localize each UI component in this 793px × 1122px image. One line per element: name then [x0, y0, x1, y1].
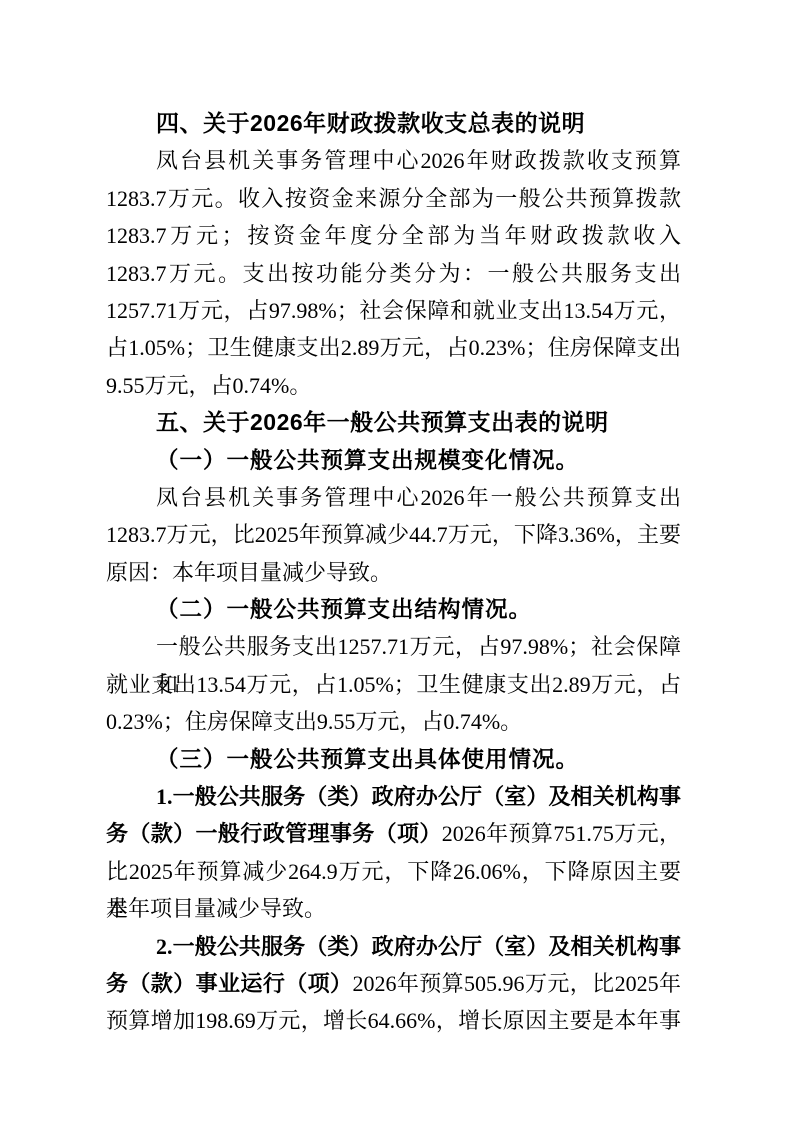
para-scale-line-1: 凤台县机关事务管理中心2026年一般公共预算支出	[106, 479, 681, 516]
para-scale-line-3: 原因：本年项目量减少导致。	[106, 554, 681, 591]
para-item-1-line-3: 比2025年预算减少264.9万元，下降26.06%，下降原因主要是	[106, 853, 681, 890]
doc-text-segment: 务（款）事业运行（项）	[106, 971, 352, 996]
doc-text-segment: 四、关于2026年财政拨款收支总表的说明	[156, 110, 585, 136]
doc-text-segment: 1283.7万元，比2025年预算减少44.7万元，下降3.36%，主要	[106, 522, 681, 547]
para-structure-line-1: 一般公共服务支出1257.71万元，占97.98%；社会保障和	[106, 628, 681, 665]
para-appropriation-line-3: 1283.7万元；按资金年度分全部为当年财政拨款收入	[106, 217, 681, 254]
doc-text-segment: 五、关于2026年一般公共预算支出表的说明	[156, 409, 609, 435]
doc-text-segment: 凤台县机关事务管理中心2026年财政拨款收支预算	[156, 148, 681, 173]
para-appropriation-line-5: 1257.71万元，占97.98%；社会保障和就业支出13.54万元，	[106, 292, 681, 329]
para-item-1-line-1: 1.一般公共服务（类）政府办公厅（室）及相关机构事	[106, 778, 681, 815]
doc-text-segment: 预算增加198.69万元，增长64.66%，增长原因主要是本年事	[106, 1008, 681, 1033]
doc-text-segment: 9.55万元，占0.74%。	[106, 373, 311, 398]
para-appropriation-line-2: 1283.7万元。收入按资金来源分全部为一般公共预算拨款	[106, 180, 681, 217]
para-item-1-line-4: 本年项目量减少导致。	[106, 890, 681, 927]
para-item-2-line-3: 预算增加198.69万元，增长64.66%，增长原因主要是本年事	[106, 1002, 681, 1039]
para-item-1-line-2: 务（款）一般行政管理事务（项）2026年预算751.75万元，	[106, 815, 681, 852]
doc-text-segment: 1257.71万元，占97.98%；社会保障和就业支出13.54万元，	[106, 298, 681, 323]
doc-text-segment: 1.一般公共服务（类）政府办公厅（室）及相关机构事	[156, 784, 681, 809]
subsection-2-heading: （二）一般公共预算支出结构情况。	[106, 591, 681, 628]
doc-text-segment: 0.23%；住房保障支出9.55万元，占0.74%。	[106, 709, 522, 734]
para-item-2-line-1: 2.一般公共服务（类）政府办公厅（室）及相关机构事	[106, 928, 681, 965]
doc-text-segment: （三）一般公共预算支出具体使用情况。	[156, 747, 579, 772]
doc-text-segment: 占1.05%；卫生健康支出2.89万元，占0.23%；住房保障支出	[106, 335, 681, 360]
para-item-2-line-2: 务（款）事业运行（项）2026年预算505.96万元，比2025年	[106, 965, 681, 1002]
doc-text-segment: 1283.7万元；按资金年度分全部为当年财政拨款收入	[106, 223, 681, 248]
doc-text-segment: （二）一般公共预算支出结构情况。	[156, 597, 532, 622]
doc-text-segment: 凤台县机关事务管理中心2026年一般公共预算支出	[156, 485, 681, 510]
para-appropriation-line-4: 1283.7万元。支出按功能分类分为：一般公共服务支出	[106, 255, 681, 292]
section-4-heading: 四、关于2026年财政拨款收支总表的说明	[106, 105, 681, 142]
doc-text-segment: 本年项目量减少导致。	[106, 896, 326, 921]
doc-text-segment: 就业支出13.54万元，占1.05%；卫生健康支出2.89万元，占	[106, 672, 681, 697]
subsection-1-heading: （一）一般公共预算支出规模变化情况。	[106, 442, 681, 479]
doc-text-segment: 1283.7万元。收入按资金来源分全部为一般公共预算拨款	[106, 186, 681, 211]
doc-text-segment: 2026年预算751.75万元，	[442, 821, 681, 846]
doc-text-segment: 1283.7万元。支出按功能分类分为：一般公共服务支出	[106, 261, 681, 286]
doc-text-segment: 2026年预算505.96万元，比2025年	[352, 971, 681, 996]
document-page: 四、关于2026年财政拨款收支总表的说明凤台县机关事务管理中心2026年财政拨款…	[0, 0, 793, 1122]
subsection-3-heading: （三）一般公共预算支出具体使用情况。	[106, 741, 681, 778]
para-appropriation-line-6: 占1.05%；卫生健康支出2.89万元，占0.23%；住房保障支出	[106, 329, 681, 366]
para-appropriation-line-1: 凤台县机关事务管理中心2026年财政拨款收支预算	[106, 142, 681, 179]
text-block: 四、关于2026年财政拨款收支总表的说明凤台县机关事务管理中心2026年财政拨款…	[106, 105, 681, 1040]
para-scale-line-2: 1283.7万元，比2025年预算减少44.7万元，下降3.36%，主要	[106, 516, 681, 553]
para-structure-line-3: 0.23%；住房保障支出9.55万元，占0.74%。	[106, 703, 681, 740]
doc-text-segment: 务（款）一般行政管理事务（项）	[106, 821, 442, 846]
para-appropriation-line-7: 9.55万元，占0.74%。	[106, 367, 681, 404]
section-5-heading: 五、关于2026年一般公共预算支出表的说明	[106, 404, 681, 441]
para-structure-line-2: 就业支出13.54万元，占1.05%；卫生健康支出2.89万元，占	[106, 666, 681, 703]
doc-text-segment: 原因：本年项目量减少导致。	[106, 560, 392, 585]
doc-text-segment: 2.一般公共服务（类）政府办公厅（室）及相关机构事	[156, 934, 681, 959]
doc-text-segment: （一）一般公共预算支出规模变化情况。	[156, 448, 579, 473]
